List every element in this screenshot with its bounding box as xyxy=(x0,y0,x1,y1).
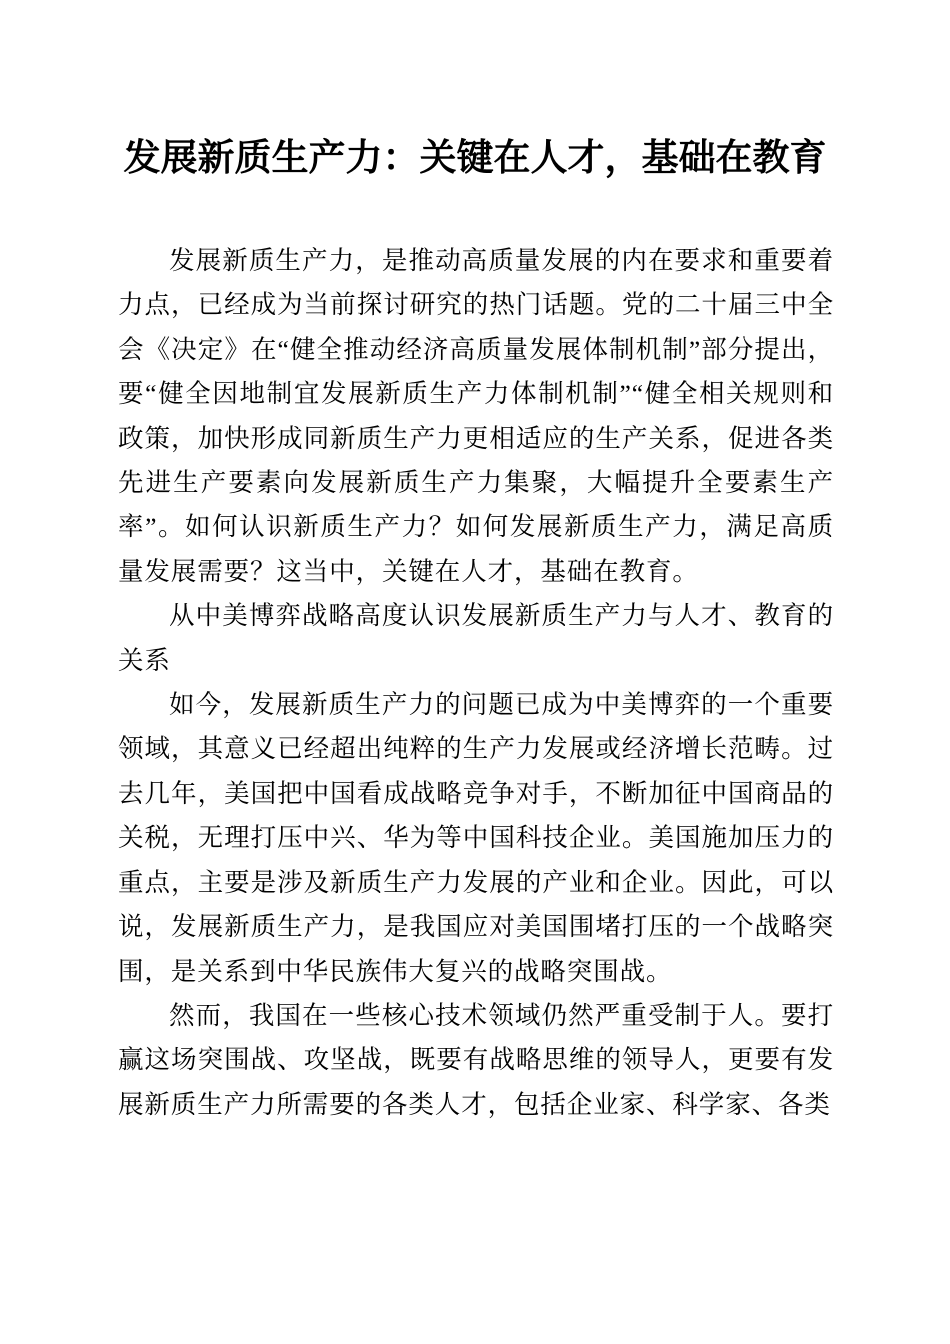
document-page: 发展新质生产力：关键在人才，基础在教育 发展新质生产力，是推动高质量发展的内在要… xyxy=(0,0,950,1344)
document-body: 发展新质生产力，是推动高质量发展的内在要求和重要着力点，已经成为当前探讨研究的热… xyxy=(118,239,834,1127)
paragraph-section-heading: 从中美博弈战略高度认识发展新质生产力与人才、教育的关系 xyxy=(118,594,834,683)
paragraph-intro: 发展新质生产力，是推动高质量发展的内在要求和重要着力点，已经成为当前探讨研究的热… xyxy=(118,239,834,594)
document-title: 发展新质生产力：关键在人才，基础在教育 xyxy=(45,134,905,184)
paragraph-us-china-rivalry: 如今，发展新质生产力的问题已成为中美博弈的一个重要领域，其意义已经超出纯粹的生产… xyxy=(118,683,834,994)
paragraph-talent-needs: 然而，我国在一些核心技术领域仍然严重受制于人。要打赢这场突围战、攻坚战，既要有战… xyxy=(118,994,834,1127)
